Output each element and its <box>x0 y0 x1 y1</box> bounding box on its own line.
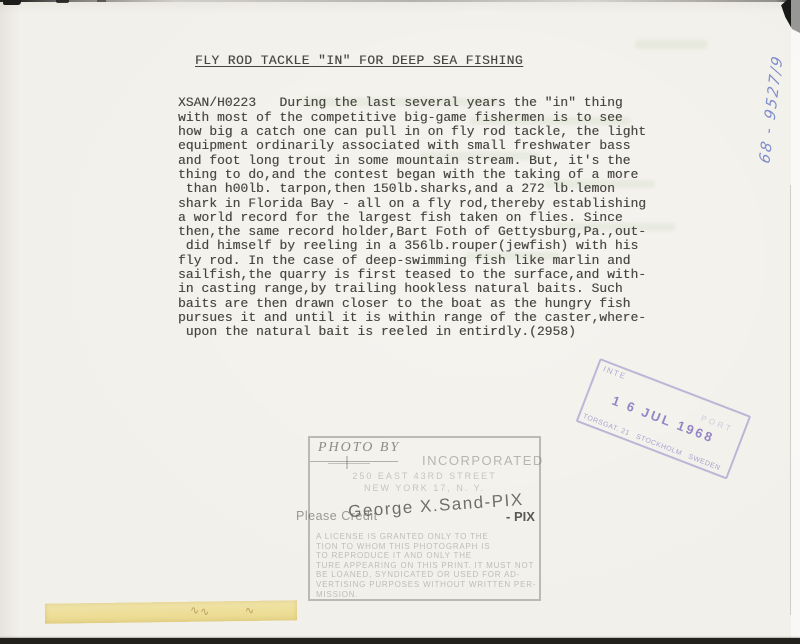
license-line: TION TO WHOM THIS PHOTOGRAPH IS <box>316 542 536 552</box>
caption-line: than h00lb. tarpon,then 150lb.sharks,and… <box>178 182 646 196</box>
date-stamp: INTE PORT 1 6 JUL 1968 TORSGAT. 21 STOCK… <box>576 358 752 480</box>
agency-incorporated-label: INCORPORATED <box>422 453 544 468</box>
please-credit-label: Please Credit <box>296 509 378 523</box>
caption-line: in casting range,by trailing hookless na… <box>178 282 646 296</box>
caption-body: XSAN/H0223 During the last several years… <box>178 96 646 339</box>
caption-line: and foot long trout in some mountain str… <box>178 154 646 168</box>
handwritten-reference-number: 68 - 9527/9 <box>754 42 787 176</box>
caption-line: sailfish,the quarry is first teased to t… <box>178 268 646 282</box>
caption-title: FLY ROD TACKLE "IN" FOR DEEP SEA FISHING <box>178 54 646 68</box>
license-fine-print: A LICENSE IS GRANTED ONLY TO THETION TO … <box>316 532 536 599</box>
photo-by-label: PHOTO BY <box>318 440 400 456</box>
pix-agency-label: - PIX <box>506 509 535 524</box>
date-stamp-org-fragment: INTE <box>602 364 628 381</box>
caption-line: fly rod. In the case of deep-swimming fi… <box>178 254 646 268</box>
stamp-rule-line <box>328 463 370 464</box>
caption-line: upon the natural bait is reeled in entir… <box>178 325 646 339</box>
tape-pen-mark: ∿∿ <box>189 603 211 618</box>
caption-line: then,the same record holder,Bart Foth of… <box>178 225 646 239</box>
typed-caption: FLY ROD TACKLE "IN" FOR DEEP SEA FISHING… <box>178 25 646 368</box>
tape-strip: ∿∿ ∿ <box>45 600 297 624</box>
scan-edge-mark <box>3 0 21 5</box>
caption-line: XSAN/H0223 During the last several years… <box>178 96 646 110</box>
license-line: BE LOANED, SYNDICATED OR USED FOR AD- <box>316 570 536 580</box>
caption-line: how big a catch one can pull in on fly r… <box>178 125 646 139</box>
caption-line: shark in Florida Bay - all on a fly rod,… <box>178 197 646 211</box>
scan-bottom-edge <box>0 638 800 644</box>
license-line: MISSION. <box>316 590 536 600</box>
stamp-rule-line <box>346 456 348 469</box>
license-line: TO REPRODUCE IT AND ONLY THE <box>316 551 536 561</box>
caption-line: thing to do,and the contest began with t… <box>178 168 646 182</box>
license-line: TURE APPEARING ON THIS PRINT. IT MUST NO… <box>316 561 536 571</box>
agency-street-address: 250 EAST 43RD STREET <box>310 471 539 481</box>
caption-line: pursues it and until it is within range … <box>178 311 646 325</box>
license-line: VERTISING PURPOSES WITHOUT WRITTEN PER- <box>316 580 536 590</box>
scan-top-edge <box>0 0 800 2</box>
stamp-rule-line <box>310 461 398 462</box>
caption-line: a world record for the largest fish take… <box>178 211 646 225</box>
caption-line: equipment ordinarily associated with sma… <box>178 139 646 153</box>
caption-line: did himself by reeling in a 356lb.rouper… <box>178 239 646 253</box>
caption-title-text: FLY ROD TACKLE "IN" FOR DEEP SEA FISHING <box>195 53 523 68</box>
tape-pen-mark: ∿ <box>244 603 256 617</box>
license-line: A LICENSE IS GRANTED ONLY TO THE <box>316 532 536 542</box>
scan-edge-mark <box>97 0 106 2</box>
scan-right-line <box>790 185 791 615</box>
credit-stamp: PHOTO BY INCORPORATED 250 EAST 43RD STRE… <box>308 436 541 601</box>
caption-line: with most of the competitive big-game fi… <box>178 111 646 125</box>
photo-back-scan: FLY ROD TACKLE "IN" FOR DEEP SEA FISHING… <box>0 0 800 644</box>
scan-right-strip <box>791 0 800 644</box>
caption-line: baits are then drawn closer to the boat … <box>178 297 646 311</box>
scan-edge-mark <box>56 0 69 3</box>
